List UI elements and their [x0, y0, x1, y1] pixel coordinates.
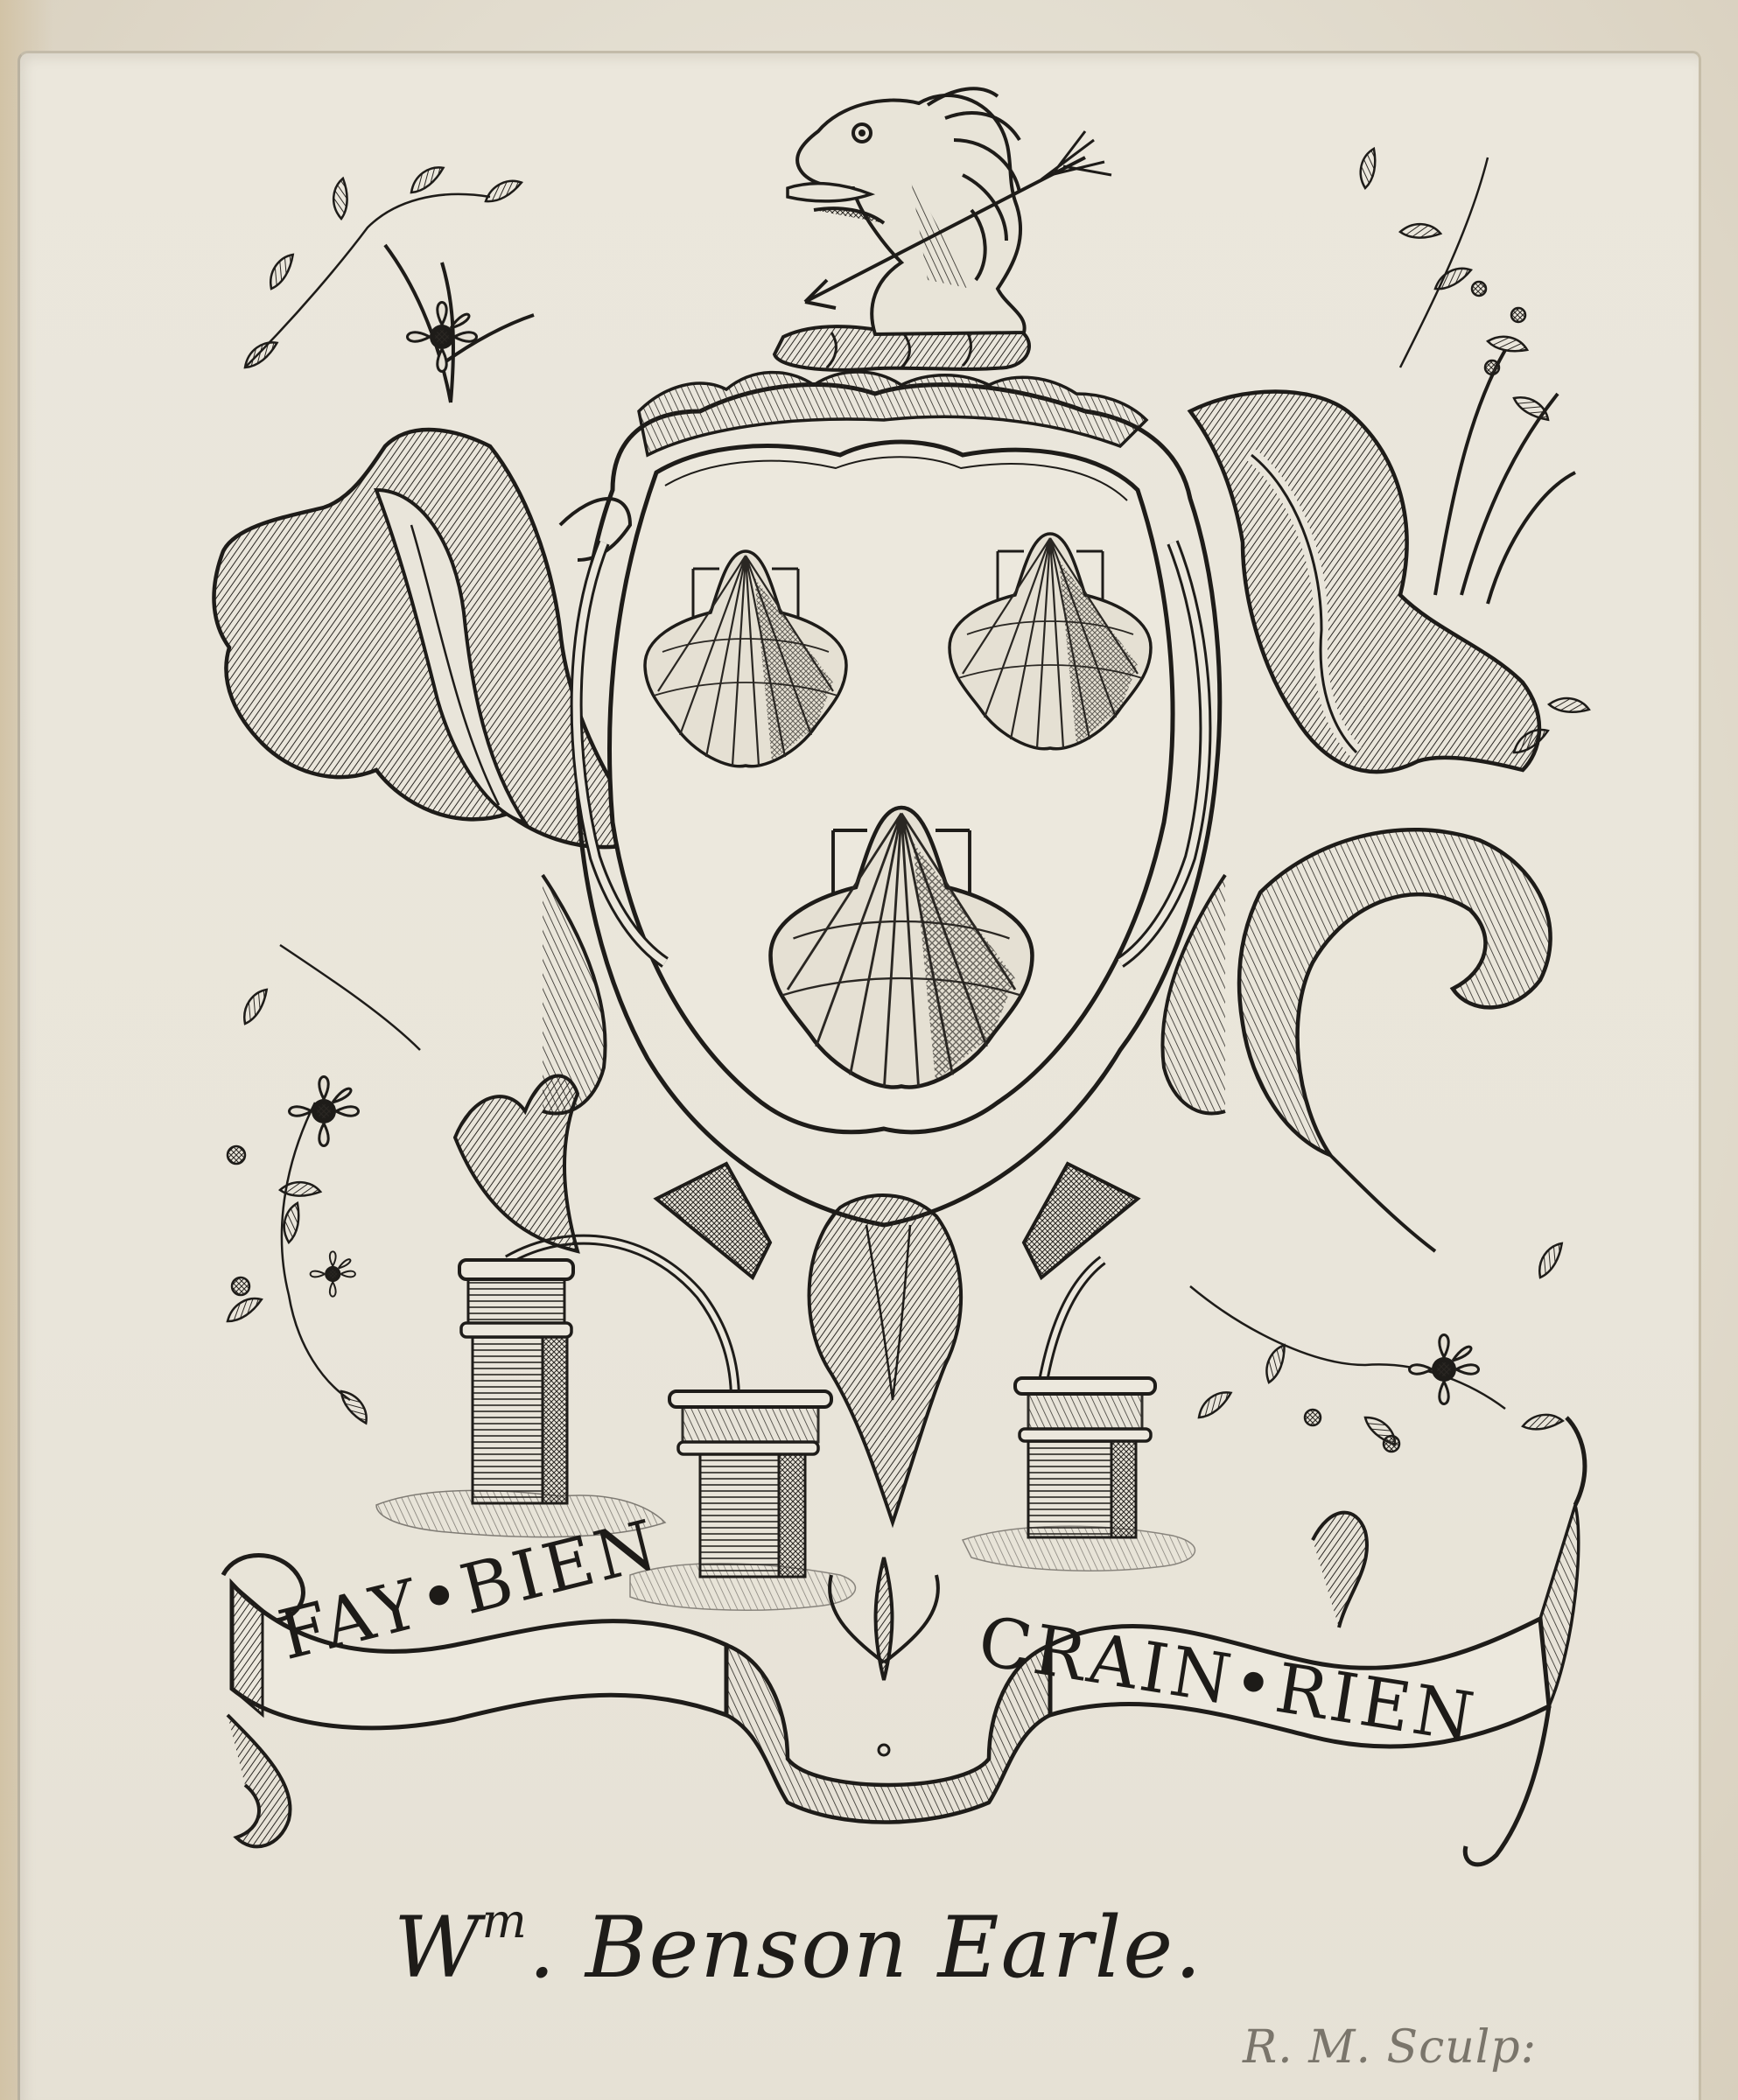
column-pedestals — [376, 1076, 1195, 1611]
owner-name: Wm. Benson Earle. — [394, 1899, 1203, 1997]
engraving-artwork — [0, 0, 1738, 2100]
owner-prefix-dot: . — [529, 1899, 557, 1997]
engraver-signature: R. M. Sculp: — [1243, 2021, 1537, 2074]
owner-surname: Benson Earle. — [585, 1899, 1203, 1997]
left-flowering-vine — [223, 945, 420, 1428]
crest — [774, 88, 1111, 370]
owner-prefix-superscript: m — [482, 1893, 529, 1949]
right-flowering-vine — [1190, 1241, 1570, 1452]
right-acanthus-mantling — [1190, 147, 1590, 1251]
owner-prefix: W — [394, 1899, 482, 1997]
